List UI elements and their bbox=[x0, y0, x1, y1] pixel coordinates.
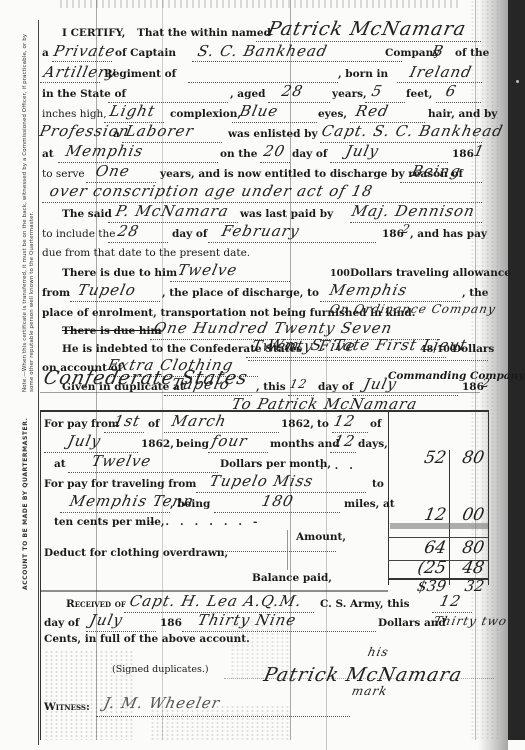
leader-dots-2: - . . . . . . - bbox=[150, 516, 257, 528]
label-a: a bbox=[42, 47, 49, 59]
on-the-label: on the bbox=[220, 148, 257, 160]
year-1862: 1862, bbox=[281, 418, 314, 430]
miles-value: 180 bbox=[260, 492, 295, 510]
within-named-label: That the within named bbox=[137, 27, 271, 39]
his-label: his bbox=[367, 645, 391, 659]
the-said-label: The said bbox=[62, 208, 112, 220]
said-name-value: P. McNamara bbox=[114, 202, 231, 220]
receipt-month-value: July bbox=[88, 611, 125, 629]
stain bbox=[44, 650, 134, 740]
last-paid-month-value: February bbox=[220, 222, 301, 240]
margin-rule bbox=[38, 20, 39, 400]
to-include-label: to include the bbox=[42, 228, 115, 240]
pay-to-month: July bbox=[66, 432, 103, 450]
receiving-officer-value: Capt. H. Lea A.Q.M. bbox=[128, 592, 304, 610]
due-from-label: due from that date to the present date. bbox=[42, 247, 250, 259]
balance-label: Balance paid, bbox=[252, 572, 332, 584]
being-label-2: , being bbox=[170, 498, 210, 510]
payee-signature: Patrick McNamara bbox=[262, 664, 465, 686]
year-1862-2: 1862, bbox=[141, 438, 174, 450]
reason-continued-value: over conscription age under act of 18 bbox=[48, 182, 375, 200]
birthplace-value: Ireland bbox=[408, 63, 474, 81]
stain bbox=[230, 620, 290, 680]
leader-dots: . . . bbox=[320, 460, 353, 472]
eyes-label: eyes, bbox=[318, 108, 347, 120]
at-label-2: at bbox=[54, 458, 66, 470]
travel-dollars: 12 bbox=[398, 505, 448, 525]
commanding-officer-signature: Wm. S. Tate First Lieut bbox=[266, 336, 469, 354]
being-label: being bbox=[176, 438, 209, 450]
receipt-year-label: 186 bbox=[160, 617, 182, 629]
due-note-value: One Hundred Twenty Seven bbox=[152, 319, 394, 337]
deduct-label: Deduct for clothing overdrawn, bbox=[44, 547, 228, 559]
discharge-place-label: , the place of discharge, to bbox=[162, 287, 319, 299]
per-mile-label: ten cents per mile, bbox=[54, 516, 165, 528]
day-of-label-2: day of bbox=[172, 228, 207, 240]
scan-speckle bbox=[60, 0, 460, 8]
from-label: from bbox=[42, 287, 70, 299]
rate-value: Twelve bbox=[90, 452, 153, 470]
inches-high-label: inches high, bbox=[42, 108, 107, 120]
quartermaster-note: ACCOUNT TO BE MADE BY QUARTERMASTER. bbox=[22, 418, 29, 590]
travel-label: For pay for traveling from bbox=[44, 478, 196, 490]
label-a-2: a bbox=[113, 128, 120, 140]
balance-dollars: $39 bbox=[392, 577, 447, 595]
cents-in-full-label: Cents, in full of the above account. bbox=[44, 633, 250, 645]
paymaster-value: Maj. Dennison bbox=[350, 202, 477, 220]
company-value: B bbox=[430, 42, 446, 60]
complexion-label: complexion, bbox=[170, 108, 241, 120]
miles-label: miles, at bbox=[344, 498, 395, 510]
of-label-2: of bbox=[370, 418, 382, 430]
receipt-day-value: 12 bbox=[438, 592, 463, 610]
cs-army-label: C. S. Army, this bbox=[320, 598, 410, 610]
to-serve-label: to serve bbox=[42, 168, 85, 180]
per-month-label: Dollars per month, bbox=[220, 458, 331, 470]
amount-dollars: 64 bbox=[398, 538, 448, 558]
hair-value: Red bbox=[354, 102, 391, 120]
reason-value: Being bbox=[410, 162, 463, 180]
years-label: years, bbox=[332, 88, 367, 100]
there-is-due-label: There is due to him bbox=[62, 267, 177, 279]
travel-from-value: Tupelo Miss bbox=[208, 472, 315, 490]
aged-label: , aged bbox=[230, 88, 265, 100]
discharge-place-value: Tupelo bbox=[76, 281, 138, 299]
travel-to-label: to bbox=[372, 478, 384, 490]
enlistment-place-value: Memphis bbox=[64, 142, 145, 160]
day-of-label: day of bbox=[292, 148, 327, 160]
feet-value: 5 bbox=[370, 82, 384, 100]
stain bbox=[150, 705, 290, 740]
pay-dollars: 52 bbox=[398, 448, 448, 468]
pay-to-day: 12 bbox=[332, 412, 357, 430]
given-day-value: 12 bbox=[289, 377, 309, 391]
transfer-note: Note.—When this certificate is transferr… bbox=[22, 32, 36, 392]
to-label: to bbox=[317, 418, 329, 430]
trade-value: Laborer bbox=[124, 122, 196, 140]
confederate-states-note: Confederate States bbox=[42, 367, 251, 389]
term-value: One bbox=[94, 162, 132, 180]
born-in-label: , born in bbox=[338, 68, 388, 80]
of-label: of bbox=[148, 418, 160, 430]
last-paid-day-value: 28 bbox=[116, 222, 141, 240]
enlistment-day-value: 20 bbox=[262, 142, 287, 160]
amount-label: Amount, bbox=[296, 531, 346, 543]
stain bbox=[470, 0, 500, 740]
age-value: 28 bbox=[280, 82, 305, 100]
deduct-dollars: (25 bbox=[398, 558, 448, 578]
state-label: in the State of bbox=[42, 88, 126, 100]
pay-from-month: March bbox=[170, 412, 228, 430]
enlistment-month-value: July bbox=[344, 142, 381, 160]
certify-label: I CERTIFY, bbox=[62, 27, 125, 39]
soldier-name: Patrick McNamara bbox=[266, 18, 469, 40]
mark-label: mark bbox=[351, 684, 390, 698]
at-label: at bbox=[42, 148, 54, 160]
receipt-day-of-label: day of bbox=[44, 617, 79, 629]
months-value: four bbox=[210, 432, 249, 450]
cents-100: 100 bbox=[330, 268, 350, 279]
days-value: 12 bbox=[332, 432, 357, 450]
months-and-label: months and bbox=[270, 438, 340, 450]
days-label: days, bbox=[358, 438, 388, 450]
last-paid-label: was last paid by bbox=[240, 208, 333, 220]
inches-value: 6 bbox=[444, 82, 458, 100]
struck-due-label: There is due him bbox=[62, 325, 162, 337]
enrolment-place-value: Memphis bbox=[328, 281, 409, 299]
pay-from-label: For pay from bbox=[44, 418, 119, 430]
commanding-company-label: Commanding Company. bbox=[388, 370, 525, 382]
captain-value: S. C. Bankhead bbox=[196, 42, 329, 60]
margin-rule bbox=[38, 395, 39, 745]
feet-label: feet, bbox=[406, 88, 432, 100]
complexion-value: Light bbox=[108, 102, 157, 120]
pay-from-day: 1st bbox=[112, 412, 142, 430]
captain-label: of Captain bbox=[115, 47, 176, 59]
rank-value: Private bbox=[52, 42, 117, 60]
eyes-value: Blue bbox=[238, 102, 280, 120]
received-of-label: Received of bbox=[66, 598, 126, 610]
traveling-amount-value: Twelve bbox=[176, 261, 239, 279]
enlisted-by-label: was enlisted by bbox=[228, 128, 318, 140]
regiment-label: Regiment of bbox=[104, 68, 176, 80]
